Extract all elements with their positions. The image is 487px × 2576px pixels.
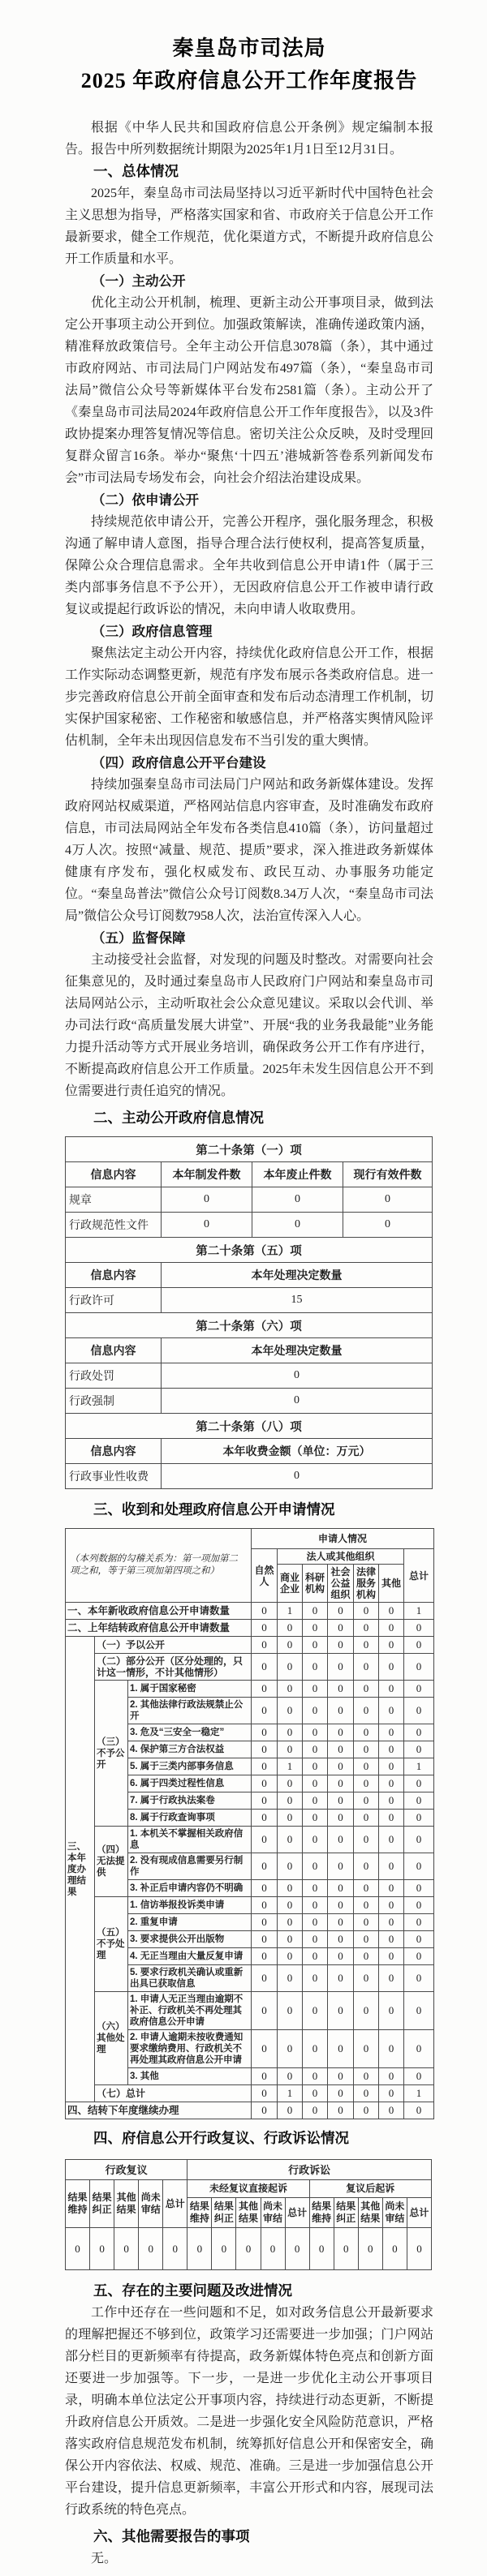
requests-value: 0 xyxy=(354,1741,379,1758)
requests-value: 0 xyxy=(303,1681,328,1698)
requests-value: 0 xyxy=(354,1654,379,1681)
intro-paragraph: 根据《中华人民共和国政府信息公开条例》规定编制本报告。报告中所列数据统计期限为2… xyxy=(65,117,433,161)
statute-value: 0 xyxy=(162,1213,252,1238)
requests-value: 0 xyxy=(303,2085,328,2102)
statute-column-header: 本年处理决定数量 xyxy=(162,1263,433,1288)
requests-value: 0 xyxy=(379,1914,404,1931)
subheading-info-management: （三）政府信息管理 xyxy=(65,620,433,642)
doc-title-line1: 秦皇岛市司法局 xyxy=(65,32,433,65)
requests-value: 0 xyxy=(379,1853,404,1880)
requests-value: 0 xyxy=(379,2068,404,2085)
requests-table-row: （五）不予处理1. 信访举报投诉类申请0000000 xyxy=(66,1897,434,1914)
requests-row-label: （三）不予公开 xyxy=(95,1681,128,1827)
requests-value: 0 xyxy=(328,2085,354,2102)
requests-table-row: （二）部分公开（区分处理的，只计这一情形，不计其他情形）0000000 xyxy=(66,1654,434,1681)
requests-value: 0 xyxy=(379,2085,404,2102)
requests-value: 0 xyxy=(379,1620,404,1637)
requests-value: 0 xyxy=(278,1775,303,1792)
statute-span-header-row: 第二十条第（六）项 xyxy=(66,1313,433,1338)
review-value: 0 xyxy=(212,2228,236,2270)
requests-value: 0 xyxy=(252,1758,278,1775)
requests-value: 0 xyxy=(252,1827,278,1853)
requests-value: 0 xyxy=(303,1965,328,1992)
requests-row-label: 3. 补正后申请内容仍不明确 xyxy=(128,1880,252,1897)
requests-col-public-welfare: 社会公益组织 xyxy=(328,1565,354,1603)
statute-row-label: 规章 xyxy=(66,1187,162,1213)
requests-value: 0 xyxy=(379,2030,404,2068)
requests-row-label: 1. 信访举报投诉类申请 xyxy=(128,1897,252,1914)
review-value: 0 xyxy=(114,2228,139,2270)
subheading-platform: （四）政府信息公开平台建设 xyxy=(65,752,433,774)
statute-value: 0 xyxy=(162,1187,252,1213)
requests-value: 0 xyxy=(328,1741,354,1758)
requests-value: 0 xyxy=(354,1948,379,1965)
document-content: 秦皇岛市司法局 2025 年政府信息公开工作年度报告 根据《中华人民共和国政府信… xyxy=(0,0,487,2570)
requests-value: 0 xyxy=(328,1880,354,1897)
review-group-litigation: 行政诉讼 xyxy=(187,2160,432,2180)
requests-value: 0 xyxy=(252,1620,278,1637)
requests-value: 0 xyxy=(303,1948,328,1965)
requests-value: 0 xyxy=(404,1741,434,1758)
requests-value: 0 xyxy=(379,1992,404,2030)
requests-value: 0 xyxy=(379,1654,404,1681)
requests-row-label: 8. 属于行政查询事项 xyxy=(128,1810,252,1827)
requests-value: 0 xyxy=(252,1637,278,1654)
requests-col-research: 科研机构 xyxy=(303,1565,328,1603)
requests-value: 0 xyxy=(354,1792,379,1810)
requests-value: 0 xyxy=(379,1792,404,1810)
requests-value: 0 xyxy=(404,1724,434,1741)
statute-column-header-row: 信息内容本年处理决定数量 xyxy=(66,1338,433,1363)
requests-value: 0 xyxy=(278,1931,303,1948)
requests-value: 0 xyxy=(404,1853,434,1880)
requests-value: 0 xyxy=(379,1637,404,1654)
requests-value: 0 xyxy=(278,1853,303,1880)
statute-column-header: 本年处理决定数量 xyxy=(162,1338,433,1363)
requests-value: 0 xyxy=(354,1897,379,1914)
review-leaf-header: 尚未审结 xyxy=(261,2198,285,2228)
requests-table-body: 一、本年新收政府信息公开申请数量0100001二、上年结转政府信息公开申请数量0… xyxy=(66,1603,434,2119)
statute-span-header-row: 第二十条第（八）项 xyxy=(66,1414,433,1439)
requests-value: 0 xyxy=(328,2102,354,2119)
statute-column-header: 本年制发件数 xyxy=(162,1162,252,1187)
requests-value: 0 xyxy=(328,1992,354,2030)
statute-data-row: 行政规范性文件000 xyxy=(66,1213,433,1238)
requests-value: 0 xyxy=(303,2102,328,2119)
heading-problems: 五、存在的主要问题及改进情况 xyxy=(65,2280,433,2302)
statute-column-header-row: 信息内容本年处理决定数量 xyxy=(66,1263,433,1288)
requests-applicant-group: 申请人情况 xyxy=(252,1529,434,1549)
review-litigation-table: 行政复议行政诉讼结果维持结果纠正其他结果尚未审结总计未经复议直接起诉复议后起诉结… xyxy=(65,2159,432,2270)
requests-value: 0 xyxy=(303,1758,328,1775)
statute-row-label: 行政强制 xyxy=(66,1389,162,1414)
requests-value: 0 xyxy=(404,1698,434,1724)
requests-row-label: 3. 危及“三安全一稳定” xyxy=(128,1724,252,1741)
requests-row-label: 2. 其他法律行政法规禁止公开 xyxy=(128,1698,252,1724)
statute-value: 0 xyxy=(343,1187,433,1213)
requests-header-row-1: （本列数据的勾稽关系为：第一项加第二项之和，等于第三项加第四项之和） 申请人情况 xyxy=(66,1529,434,1549)
requests-value: 0 xyxy=(278,2030,303,2068)
requests-row-label: （一）予以公开 xyxy=(95,1637,252,1654)
requests-value: 0 xyxy=(404,1620,434,1637)
statute-span-header-row: 第二十条第（五）项 xyxy=(66,1238,433,1263)
requests-value: 0 xyxy=(303,1827,328,1853)
statute-value: 0 xyxy=(252,1187,343,1213)
review-value: 0 xyxy=(139,2228,163,2270)
requests-value: 0 xyxy=(404,1827,434,1853)
requests-value: 0 xyxy=(404,1965,434,1992)
requests-row-label: 1. 属于国家秘密 xyxy=(128,1681,252,1698)
requests-value: 0 xyxy=(404,1948,434,1965)
requests-value: 0 xyxy=(328,1724,354,1741)
requests-value: 0 xyxy=(328,1698,354,1724)
statute-data-row: 行政事业性收费0 xyxy=(66,1464,433,1489)
paragraph-proactive-disclosure: 优化主动公开机制，梳理、更新主动公开事项目录，做到法定公开事项主动公开到位。加强… xyxy=(65,292,433,489)
requests-value: 0 xyxy=(379,1724,404,1741)
requests-value: 0 xyxy=(404,1637,434,1654)
requests-value: 0 xyxy=(303,1931,328,1948)
requests-table-row: 三、本年度办理结果（一）予以公开0000000 xyxy=(66,1637,434,1654)
review-data-row: 000000000000000 xyxy=(66,2228,432,2270)
requests-value: 0 xyxy=(278,2068,303,2085)
requests-value: 0 xyxy=(328,1914,354,1931)
requests-row-label: （六）其他处理 xyxy=(95,1992,128,2085)
requests-value: 0 xyxy=(354,2068,379,2085)
requests-value: 0 xyxy=(278,1992,303,2030)
requests-value: 0 xyxy=(252,1681,278,1698)
review-sub-after-reconsideration: 复议后起诉 xyxy=(309,2180,431,2198)
review-value: 0 xyxy=(90,2228,114,2270)
requests-value: 0 xyxy=(354,2030,379,2068)
requests-row-label: 四、结转下年度继续办理 xyxy=(66,2102,252,2119)
statute-row-label: 行政处罚 xyxy=(66,1363,162,1389)
requests-value: 0 xyxy=(354,2085,379,2102)
paragraph-platform: 持续加强秦皇岛市司法局门户网站和政务新媒体建设。发挥政府网站权威渠道，严格网站信… xyxy=(65,774,433,927)
review-leaf-header: 其他结果 xyxy=(358,2198,382,2228)
requests-value: 0 xyxy=(404,1654,434,1681)
review-leaf-header: 总计 xyxy=(407,2198,431,2228)
requests-value: 1 xyxy=(404,1603,434,1620)
requests-value: 0 xyxy=(252,1948,278,1965)
requests-value: 0 xyxy=(404,2102,434,2119)
requests-value: 1 xyxy=(404,2085,434,2102)
requests-value: 0 xyxy=(252,1880,278,1897)
requests-value: 0 xyxy=(379,1897,404,1914)
requests-value: 0 xyxy=(404,1914,434,1931)
requests-value: 0 xyxy=(404,2068,434,2085)
requests-row-label: 4. 无正当理由大量反复申请 xyxy=(128,1948,252,1965)
requests-row-label: 4. 保护第三方合法权益 xyxy=(128,1741,252,1758)
requests-col-legal-service: 法律服务机构 xyxy=(354,1565,379,1603)
statute-disclosure-table: 第二十条第（一）项信息内容本年制发件数本年废止件数现行有效件数规章000行政规范… xyxy=(65,1136,433,1489)
requests-value: 0 xyxy=(404,1775,434,1792)
requests-table-row: 二、上年结转政府信息公开申请数量0000000 xyxy=(66,1620,434,1637)
requests-value: 0 xyxy=(252,2030,278,2068)
requests-value: 0 xyxy=(354,1880,379,1897)
requests-value: 0 xyxy=(354,1603,379,1620)
statute-row-label: 行政许可 xyxy=(66,1288,162,1313)
requests-value: 0 xyxy=(252,1724,278,1741)
requests-col-commercial: 商业企业 xyxy=(278,1565,303,1603)
review-group-reconsideration: 行政复议 xyxy=(66,2160,187,2180)
requests-value: 0 xyxy=(303,1792,328,1810)
requests-value: 0 xyxy=(278,1914,303,1931)
requests-value: 0 xyxy=(354,1637,379,1654)
paragraph-on-request: 持续规范依申请公开，完善公开程序，强化服务理念，积极沟通了解申请人意图，指导合理… xyxy=(65,511,433,620)
review-value: 0 xyxy=(66,2228,90,2270)
requests-value: 0 xyxy=(303,1775,328,1792)
requests-value: 0 xyxy=(252,1741,278,1758)
statute-span-header: 第二十条第（八）项 xyxy=(66,1414,433,1439)
requests-value: 0 xyxy=(252,2068,278,2085)
requests-value: 0 xyxy=(252,1965,278,1992)
statute-value: 0 xyxy=(252,1213,343,1238)
requests-value: 0 xyxy=(379,1827,404,1853)
document-page: 秦皇岛市司法局 2025 年政府信息公开工作年度报告 根据《中华人民共和国政府信… xyxy=(0,0,487,2576)
requests-row-label: 3. 其他 xyxy=(128,2068,252,2085)
requests-col-total: 总计 xyxy=(404,1549,434,1603)
requests-value: 0 xyxy=(303,1741,328,1758)
requests-value: 0 xyxy=(328,1948,354,1965)
requests-value: 0 xyxy=(278,2102,303,2119)
requests-value: 0 xyxy=(404,1931,434,1948)
requests-row-label: （四）无法提供 xyxy=(95,1827,128,1897)
requests-value: 0 xyxy=(404,1810,434,1827)
statute-column-header: 信息内容 xyxy=(66,1263,162,1288)
requests-value: 0 xyxy=(354,1758,379,1775)
statute-column-header: 本年收费金额（单位：万元） xyxy=(162,1439,433,1464)
statute-data-row: 行政强制0 xyxy=(66,1389,433,1414)
statute-row-label: 行政规范性文件 xyxy=(66,1213,162,1238)
review-leaf-header: 总计 xyxy=(285,2198,309,2228)
paragraph-supervision: 主动接受社会监督，对发现的问题及时整改。对需要向社会征集意见的，及时通过秦皇岛市… xyxy=(65,949,433,1102)
requests-value: 0 xyxy=(252,2102,278,2119)
requests-value: 0 xyxy=(354,1681,379,1698)
requests-row-label: 二、上年结转政府信息公开申请数量 xyxy=(66,1620,252,1637)
review-value: 0 xyxy=(187,2228,212,2270)
statute-column-header: 信息内容 xyxy=(66,1162,162,1187)
requests-value: 0 xyxy=(328,1897,354,1914)
requests-value: 0 xyxy=(379,1810,404,1827)
requests-value: 0 xyxy=(278,1620,303,1637)
statute-column-header-row: 信息内容本年制发件数本年废止件数现行有效件数 xyxy=(66,1162,433,1187)
requests-value: 0 xyxy=(303,1603,328,1620)
review-value: 0 xyxy=(407,2228,431,2270)
doc-title-line2: 2025 年政府信息公开工作年度报告 xyxy=(65,65,433,97)
heading-overview: 一、总体情况 xyxy=(65,161,433,182)
requests-value: 0 xyxy=(303,2030,328,2068)
requests-row-label: （二）部分公开（区分处理的，只计这一情形，不计其他情形） xyxy=(95,1654,252,1681)
requests-value: 0 xyxy=(278,1827,303,1853)
requests-value: 0 xyxy=(404,1792,434,1810)
requests-value: 0 xyxy=(328,2068,354,2085)
review-header-row-2: 结果维持结果纠正其他结果尚未审结总计未经复议直接起诉复议后起诉 xyxy=(66,2180,432,2198)
requests-value: 0 xyxy=(278,1741,303,1758)
requests-table-row: （四）无法提供1. 本机关不掌握相关政府信息0000000 xyxy=(66,1827,434,1853)
requests-value: 0 xyxy=(379,1698,404,1724)
requests-row-label: 3. 要求提供公开出版物 xyxy=(128,1931,252,1948)
review-leaf-header: 结果维持 xyxy=(187,2198,212,2228)
requests-value: 0 xyxy=(303,1880,328,1897)
review-value: 0 xyxy=(285,2228,309,2270)
requests-value: 0 xyxy=(328,1827,354,1853)
statute-span-header: 第二十条第（五）项 xyxy=(66,1238,433,1263)
statute-column-header: 信息内容 xyxy=(66,1338,162,1363)
requests-value: 0 xyxy=(354,1931,379,1948)
requests-row-label: 5. 要求行政机关确认或重新出具已获取信息 xyxy=(128,1965,252,1992)
requests-row-label: 一、本年新收政府信息公开申请数量 xyxy=(66,1603,252,1620)
requests-value: 0 xyxy=(278,1724,303,1741)
review-value: 0 xyxy=(309,2228,334,2270)
requests-table-row: 一、本年新收政府信息公开申请数量0100001 xyxy=(66,1603,434,1620)
requests-value: 0 xyxy=(354,1620,379,1637)
requests-value: 0 xyxy=(303,1992,328,2030)
requests-value: 0 xyxy=(278,1698,303,1724)
review-leaf-header: 其他结果 xyxy=(236,2198,261,2228)
requests-value: 0 xyxy=(278,1965,303,1992)
statute-value: 0 xyxy=(343,1213,433,1238)
requests-value: 0 xyxy=(404,1681,434,1698)
statute-data-row: 规章000 xyxy=(66,1187,433,1213)
requests-table-row: 四、结转下年度继续办理0000000 xyxy=(66,2102,434,2119)
requests-value: 0 xyxy=(303,1654,328,1681)
review-value: 0 xyxy=(334,2228,358,2270)
requests-value: 0 xyxy=(379,1741,404,1758)
requests-value: 0 xyxy=(303,1810,328,1827)
requests-value: 0 xyxy=(278,1637,303,1654)
requests-value: 0 xyxy=(278,1681,303,1698)
requests-value: 0 xyxy=(354,1914,379,1931)
requests-table-row: （七）总计0100001 xyxy=(66,2085,434,2102)
requests-value: 0 xyxy=(303,1637,328,1654)
requests-value: 0 xyxy=(379,1603,404,1620)
statute-data-row: 行政许可15 xyxy=(66,1288,433,1313)
review-leaf-header: 尚未审结 xyxy=(382,2198,407,2228)
heading-other-matters: 六、其他需要报告的事项 xyxy=(65,2526,433,2548)
requests-value: 0 xyxy=(328,1792,354,1810)
requests-table-row: （六）其他处理1. 申请人无正当理由逾期不补正、行政机关不再处理其政府信息公开申… xyxy=(66,1992,434,2030)
requests-value: 0 xyxy=(328,1681,354,1698)
paragraph-other-matters: 无。 xyxy=(65,2548,433,2570)
requests-row-label: （五）不予处理 xyxy=(95,1897,128,1992)
requests-value: 0 xyxy=(354,1853,379,1880)
heading-proactive-stats: 二、主动公开政府信息情况 xyxy=(65,1107,433,1129)
subheading-on-request: （二）依申请公开 xyxy=(65,489,433,511)
review-value: 0 xyxy=(236,2228,261,2270)
requests-value: 0 xyxy=(303,1620,328,1637)
requests-value: 0 xyxy=(328,1775,354,1792)
review-value: 0 xyxy=(163,2228,187,2270)
requests-row-label: 7. 属于行政执法案卷 xyxy=(128,1792,252,1810)
statute-column-header: 现行有效件数 xyxy=(343,1162,433,1187)
requests-value: 0 xyxy=(379,1948,404,1965)
requests-note: （本列数据的勾稽关系为：第一项加第二项之和，等于第三项加第四项之和） xyxy=(66,1529,252,1603)
requests-value: 0 xyxy=(278,1792,303,1810)
requests-value: 0 xyxy=(328,1853,354,1880)
review-sub-direct-suit: 未经复议直接起诉 xyxy=(187,2180,309,2198)
statute-data-row: 行政处罚0 xyxy=(66,1363,433,1389)
review-value: 0 xyxy=(358,2228,382,2270)
review-leaf-header: 结果纠正 xyxy=(212,2198,236,2228)
requests-value: 0 xyxy=(278,1897,303,1914)
requests-value: 0 xyxy=(303,2068,328,2085)
statute-span-header: 第二十条第（六）项 xyxy=(66,1313,433,1338)
statute-row-label: 行政事业性收费 xyxy=(66,1464,162,1489)
requests-value: 0 xyxy=(354,1992,379,2030)
requests-row-label: 1. 本机关不掌握相关政府信息 xyxy=(128,1827,252,1853)
requests-value: 0 xyxy=(354,1698,379,1724)
requests-value: 0 xyxy=(328,1654,354,1681)
heading-requests: 三、收到和处理政府信息公开申请情况 xyxy=(65,1499,433,1521)
requests-col-other: 其他 xyxy=(379,1565,404,1603)
requests-table-head: （本列数据的勾稽关系为：第一项加第二项之和，等于第三项加第四项之和） 申请人情况… xyxy=(66,1529,434,1603)
requests-value: 0 xyxy=(379,1758,404,1775)
requests-value: 0 xyxy=(278,1654,303,1681)
requests-value: 0 xyxy=(252,1914,278,1931)
requests-row-label: 2. 没有现成信息需要另行制作 xyxy=(128,1853,252,1880)
requests-value: 0 xyxy=(252,1897,278,1914)
requests-value: 0 xyxy=(404,1880,434,1897)
statute-value: 0 xyxy=(162,1363,433,1389)
paragraph-problems: 工作中还存在一些问题和不足，如对政务信息公开最新要求的理解把握还不够到位，政策学… xyxy=(65,2302,433,2521)
requests-value: 0 xyxy=(354,1775,379,1792)
requests-value: 0 xyxy=(354,1724,379,1741)
requests-value: 0 xyxy=(303,1724,328,1741)
overview-lead: 2025年，秦皇岛市司法局坚持以习近平新时代中国特色社会主义思想为指导，严格落实… xyxy=(65,182,433,270)
paragraph-info-management: 聚焦法定主动公开内容，持续优化政府信息公开工作，根据工作实际动态调整更新，规范有… xyxy=(65,642,433,752)
requests-value: 0 xyxy=(379,1775,404,1792)
requests-value: 0 xyxy=(328,2030,354,2068)
requests-row-label: 5. 属于三类内部事务信息 xyxy=(128,1758,252,1775)
requests-value: 0 xyxy=(252,1792,278,1810)
statute-column-header: 信息内容 xyxy=(66,1439,162,1464)
requests-row-label: 6. 属于四类过程性信息 xyxy=(128,1775,252,1792)
requests-value: 1 xyxy=(278,2085,303,2102)
requests-row-label: 三、本年度办理结果 xyxy=(66,1637,95,2102)
statute-span-header: 第二十条第（一）项 xyxy=(66,1137,433,1162)
review-header-row-1: 行政复议行政诉讼 xyxy=(66,2160,432,2180)
requests-value: 0 xyxy=(328,1620,354,1637)
review-leaf-header: 结果维持 xyxy=(309,2198,334,2228)
requests-row-label: （七）总计 xyxy=(95,2085,252,2102)
requests-value: 0 xyxy=(328,1810,354,1827)
heading-review-litigation: 四、府信息公开行政复议、行政诉讼情况 xyxy=(65,2127,433,2149)
requests-value: 0 xyxy=(303,1698,328,1724)
requests-row-label: 2. 申请人逾期未按收费通知要求缴纳费用、行政机关不再处理其政府信息公开申请 xyxy=(128,2030,252,2068)
requests-value: 0 xyxy=(252,1853,278,1880)
review-leaf-header: 总计 xyxy=(163,2180,187,2228)
requests-value: 0 xyxy=(404,2030,434,2068)
requests-value: 0 xyxy=(303,1853,328,1880)
requests-value: 0 xyxy=(252,1992,278,2030)
requests-value: 0 xyxy=(328,1758,354,1775)
requests-value: 0 xyxy=(252,1603,278,1620)
requests-legal-org-group: 法人或其他组织 xyxy=(278,1549,404,1565)
subheading-supervision: （五）监督保障 xyxy=(65,927,433,949)
requests-value: 0 xyxy=(379,1965,404,1992)
requests-value: 1 xyxy=(278,1758,303,1775)
requests-value: 0 xyxy=(328,1603,354,1620)
requests-value: 0 xyxy=(252,1810,278,1827)
review-leaf-header: 结果纠正 xyxy=(334,2198,358,2228)
requests-table: （本列数据的勾稽关系为：第一项加第二项之和，等于第三项加第四项之和） 申请人情况… xyxy=(65,1528,434,2119)
requests-value: 0 xyxy=(252,1698,278,1724)
review-leaf-header: 结果纠正 xyxy=(90,2180,114,2228)
requests-value: 0 xyxy=(278,1810,303,1827)
review-table-body: 000000000000000 xyxy=(66,2228,432,2270)
requests-value: 0 xyxy=(379,1681,404,1698)
requests-value: 0 xyxy=(379,2102,404,2119)
